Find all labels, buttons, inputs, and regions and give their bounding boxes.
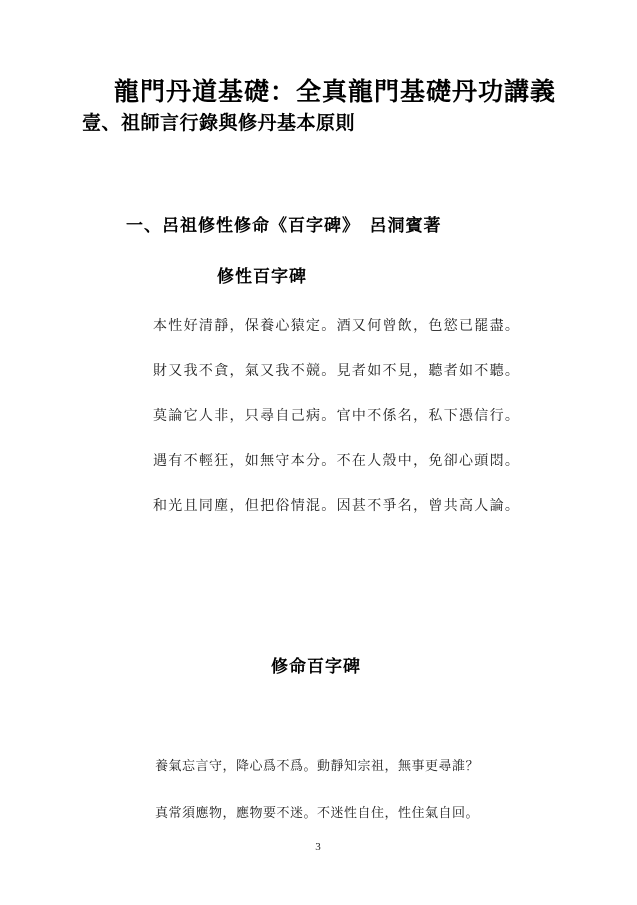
- xing-verse-line: 遇有不輕狂，如無守本分。不在人殼中，免卻心頭悶。: [153, 450, 520, 470]
- page-number: 3: [300, 841, 336, 853]
- xing-tablet-heading: 修性百字碑: [217, 262, 307, 287]
- section-heading: 一、呂祖修性修命《百字碑》 呂洞賓著: [126, 211, 442, 236]
- ming-tablet-heading: 修命百字碑: [271, 652, 361, 677]
- ming-verse-line: 真常須應物，應物要不迷。不迷性自住，性住氣自回。: [155, 802, 479, 821]
- xing-verse-line: 莫論它人非，只尋自己病。官中不係名，私下憑信行。: [153, 405, 520, 425]
- xing-verse-line: 和光且同塵，但把俗情混。因甚不爭名，曾共高人論。: [153, 495, 520, 515]
- document-subtitle: 壹、祖師言行錄與修丹基本原則: [82, 108, 355, 135]
- xing-verse-line: 財又我不貪，氣又我不競。見者如不見，聽者如不聽。: [153, 360, 520, 380]
- document-title: 龍門丹道基礎：全真龍門基礎丹功講義: [114, 72, 556, 108]
- ming-verse-line: 養氣忘言守，降心爲不爲。動靜知宗祖，無事更尋誰？: [155, 755, 479, 774]
- document-page: 龍門丹道基礎：全真龍門基礎丹功講義 壹、祖師言行錄與修丹基本原則 一、呂祖修性修…: [0, 0, 637, 905]
- xing-verse-line: 本性好清靜，保養心猿定。酒又何曾飲，色慾已罷盡。: [153, 315, 520, 335]
